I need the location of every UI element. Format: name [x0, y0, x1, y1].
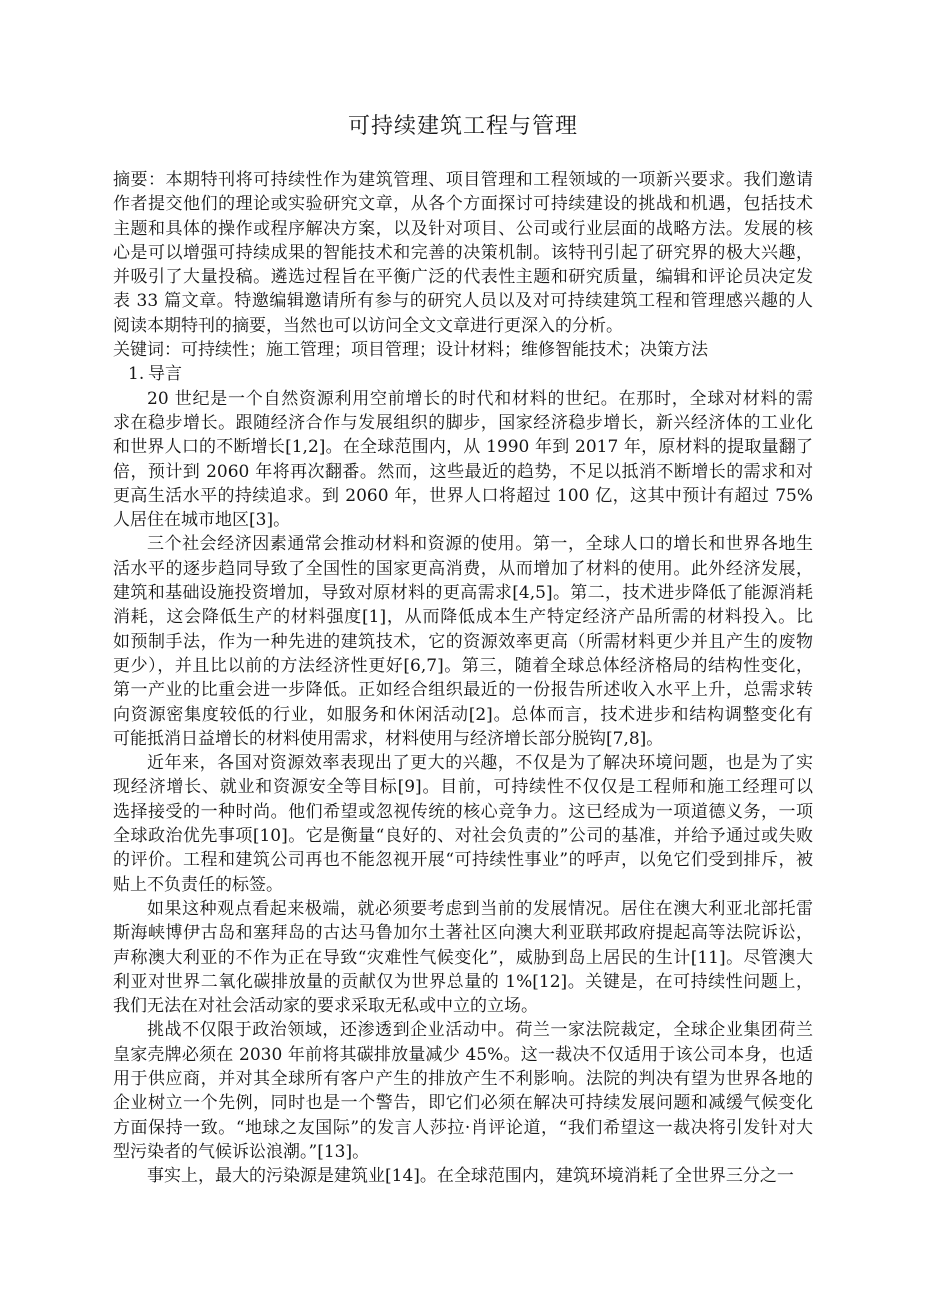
text-line: 和世界人口的不断增长[1,2]。在全球范围内，从 1990 年到 2017 年，…	[113, 435, 813, 459]
abstract-section: 摘要：本期特刊将可持续性作为建筑管理、项目管理和工程领域的一项新兴要求。我们邀请…	[113, 168, 813, 362]
paragraph-1: 20 世纪是一个自然资源利用空前增长的时代和材料的世纪。在那时，全球对材料的需求…	[113, 387, 813, 533]
text-line: 阅读本期特刊的摘要，当然也可以访问全文文章进行更深入的分析。	[113, 314, 813, 338]
text-line: 表 33 篇文章。特邀编辑邀请所有参与的研究人员以及对可持续建筑工程和管理感兴趣…	[113, 289, 813, 313]
document-title: 可持续建筑工程与管理	[113, 112, 813, 142]
text-line: 皇家壳牌必须在 2030 年前将其碳排放量减少 45%。这一裁决不仅适用于该公司…	[113, 1043, 813, 1067]
text-line: 全球政治优先事项[10]。它是衡量“良好的、对社会负责的”公司的基准，并给予通过…	[113, 824, 813, 848]
text-line: 建筑和基础设施投资增加，导致对原材料的更高需求[4,5]。第二，技术进步降低了能…	[113, 581, 813, 605]
text-line: 关键词：可持续性；施工管理；项目管理；设计材料；维修智能技术；决策方法	[113, 338, 813, 362]
text-line: 可能抵消日益增长的材料使用需求，材料使用与经济增长部分脱钩[7,8]。	[113, 727, 813, 751]
text-line: 的评价。工程和建筑公司再也不能忽视开展“可持续性事业”的呼声，以免它们受到排斥，…	[113, 848, 813, 872]
text-line: 企业树立一个先例，同时也是一个警告，即它们必须在解决可持续发展问题和减缓气候变化	[113, 1091, 813, 1115]
text-line: 现经济增长、就业和资源安全等目标[9]。目前，可持续性不仅仅是工程师和施工经理可…	[113, 775, 813, 799]
section-heading: 1.导言	[113, 362, 813, 386]
section-number: 1.	[128, 362, 148, 386]
text-line: 心是可以增强可持续成果的智能技术和完善的决策机制。该特刊引起了研究界的极大兴趣，	[113, 241, 813, 265]
text-line: 求在稳步增长。跟随经济合作与发展组织的脚步，国家经济稳步增长，新兴经济体的工业化	[113, 411, 813, 435]
paragraph-6: 事实上，最大的污染源是建筑业[14]。在全球范围内，建筑环境消耗了全世界三分之一	[113, 1164, 813, 1188]
text-line: 倍，预计到 2060 年将再次翻番。然而，这些最近的趋势，不足以抵消不断增长的需…	[113, 460, 813, 484]
text-line: 向资源密集度较低的行业，如服务和休闲活动[2]。总体而言，技术进步和结构调整变化…	[113, 703, 813, 727]
text-line: 声称澳大利亚的不作为正在导致“灾难性气候变化”，威胁到岛上居民的生计[11]。尽…	[113, 946, 813, 970]
text-line: 近年来，各国对资源效率表现出了更大的兴趣，不仅是为了解决环境问题，也是为了实	[113, 751, 813, 775]
paragraph-5: 挑战不仅限于政治领域，还渗透到企业活动中。荷兰一家法院裁定，全球企业集团荷兰皇家…	[113, 1018, 813, 1164]
text-line: 如果这种观点看起来极端，就必须要考虑到当前的发展情况。居住在澳大利亚北部托雷	[113, 897, 813, 921]
text-line: 更高生活水平的持续追求。到 2060 年，世界人口将超过 100 亿，这其中预计…	[113, 484, 813, 508]
paragraph-2: 三个社会经济因素通常会推动材料和资源的使用。第一，全球人口的增长和世界各地生活水…	[113, 532, 813, 751]
text-line: 斯海峡博伊古岛和塞拜岛的古达马鲁加尔土著社区向澳大利亚联邦政府提起高等法院诉讼，	[113, 921, 813, 945]
text-line: 用于供应商，并对其全球所有客户产生的排放产生不利影响。法院的判决有望为世界各地的	[113, 1067, 813, 1091]
body-section: 20 世纪是一个自然资源利用空前增长的时代和材料的世纪。在那时，全球对材料的需求…	[113, 387, 813, 1189]
text-line: 作者提交他们的理论或实验研究文章，从各个方面探讨可持续建设的挑战和机遇，包括技术	[113, 192, 813, 216]
text-line: 利亚对世界二氧化碳排放量的贡献仅为世界总量的 1%[12]。关键是，在可持续性问…	[113, 970, 813, 994]
keywords-line: 关键词：可持续性；施工管理；项目管理；设计材料；维修智能技术；决策方法	[113, 338, 813, 362]
text-line: 选择接受的一种时尚。他们希望或忽视传统的核心竞争力。这已经成为一项道德义务，一项	[113, 800, 813, 824]
text-line: 方面保持一致。“地球之友国际”的发言人莎拉·肖评论道，“我们希望这一裁决将引发针…	[113, 1116, 813, 1140]
text-line: 活水平的逐步趋同导致了全国性的国家更高消费，从而增加了材料的使用。此外经济发展，	[113, 557, 813, 581]
abstract-paragraph: 摘要：本期特刊将可持续性作为建筑管理、项目管理和工程领域的一项新兴要求。我们邀请…	[113, 168, 813, 338]
paragraph-3: 近年来，各国对资源效率表现出了更大的兴趣，不仅是为了解决环境问题，也是为了实现经…	[113, 751, 813, 897]
text-line: 三个社会经济因素通常会推动材料和资源的使用。第一，全球人口的增长和世界各地生	[113, 532, 813, 556]
text-line: 贴上不负责任的标签。	[113, 873, 813, 897]
text-line: 20 世纪是一个自然资源利用空前增长的时代和材料的世纪。在那时，全球对材料的需	[113, 387, 813, 411]
text-line: 主题和具体的操作或程序解决方案，以及针对项目、公司或行业层面的战略方法。发展的核	[113, 217, 813, 241]
section-label: 导言	[148, 364, 182, 384]
text-line: 人居住在城市地区[3]。	[113, 508, 813, 532]
text-line: 挑战不仅限于政治领域，还渗透到企业活动中。荷兰一家法院裁定，全球企业集团荷兰	[113, 1018, 813, 1042]
paragraph-4: 如果这种观点看起来极端，就必须要考虑到当前的发展情况。居住在澳大利亚北部托雷斯海…	[113, 897, 813, 1018]
text-line: 更少），并且比以前的方法经济性更好[6,7]。第三，随着全球总体经济格局的结构性…	[113, 654, 813, 678]
text-line: 如预制手法，作为一种先进的建筑技术，它的资源效率更高（所需材料更少并且产生的废物	[113, 630, 813, 654]
text-line: 并吸引了大量投稿。遴选过程旨在平衡广泛的代表性主题和研究质量，编辑和评论员决定发	[113, 265, 813, 289]
document-page: 可持续建筑工程与管理 摘要：本期特刊将可持续性作为建筑管理、项目管理和工程领域的…	[0, 0, 926, 1309]
text-line: 事实上，最大的污染源是建筑业[14]。在全球范围内，建筑环境消耗了全世界三分之一	[113, 1164, 813, 1188]
text-line: 我们无法在对社会活动家的要求采取无私或中立的立场。	[113, 994, 813, 1018]
text-line: 型污染者的气候诉讼浪潮。”[13]。	[113, 1140, 813, 1164]
text-line: 消耗，这会降低生产的材料强度[1]，从而降低成本生产特定经济产品所需的材料投入。…	[113, 605, 813, 629]
text-line: 摘要：本期特刊将可持续性作为建筑管理、项目管理和工程领域的一项新兴要求。我们邀请	[113, 168, 813, 192]
text-line: 第一产业的比重会进一步降低。正如经合组织最近的一份报告所述收入水平上升，总需求转	[113, 678, 813, 702]
